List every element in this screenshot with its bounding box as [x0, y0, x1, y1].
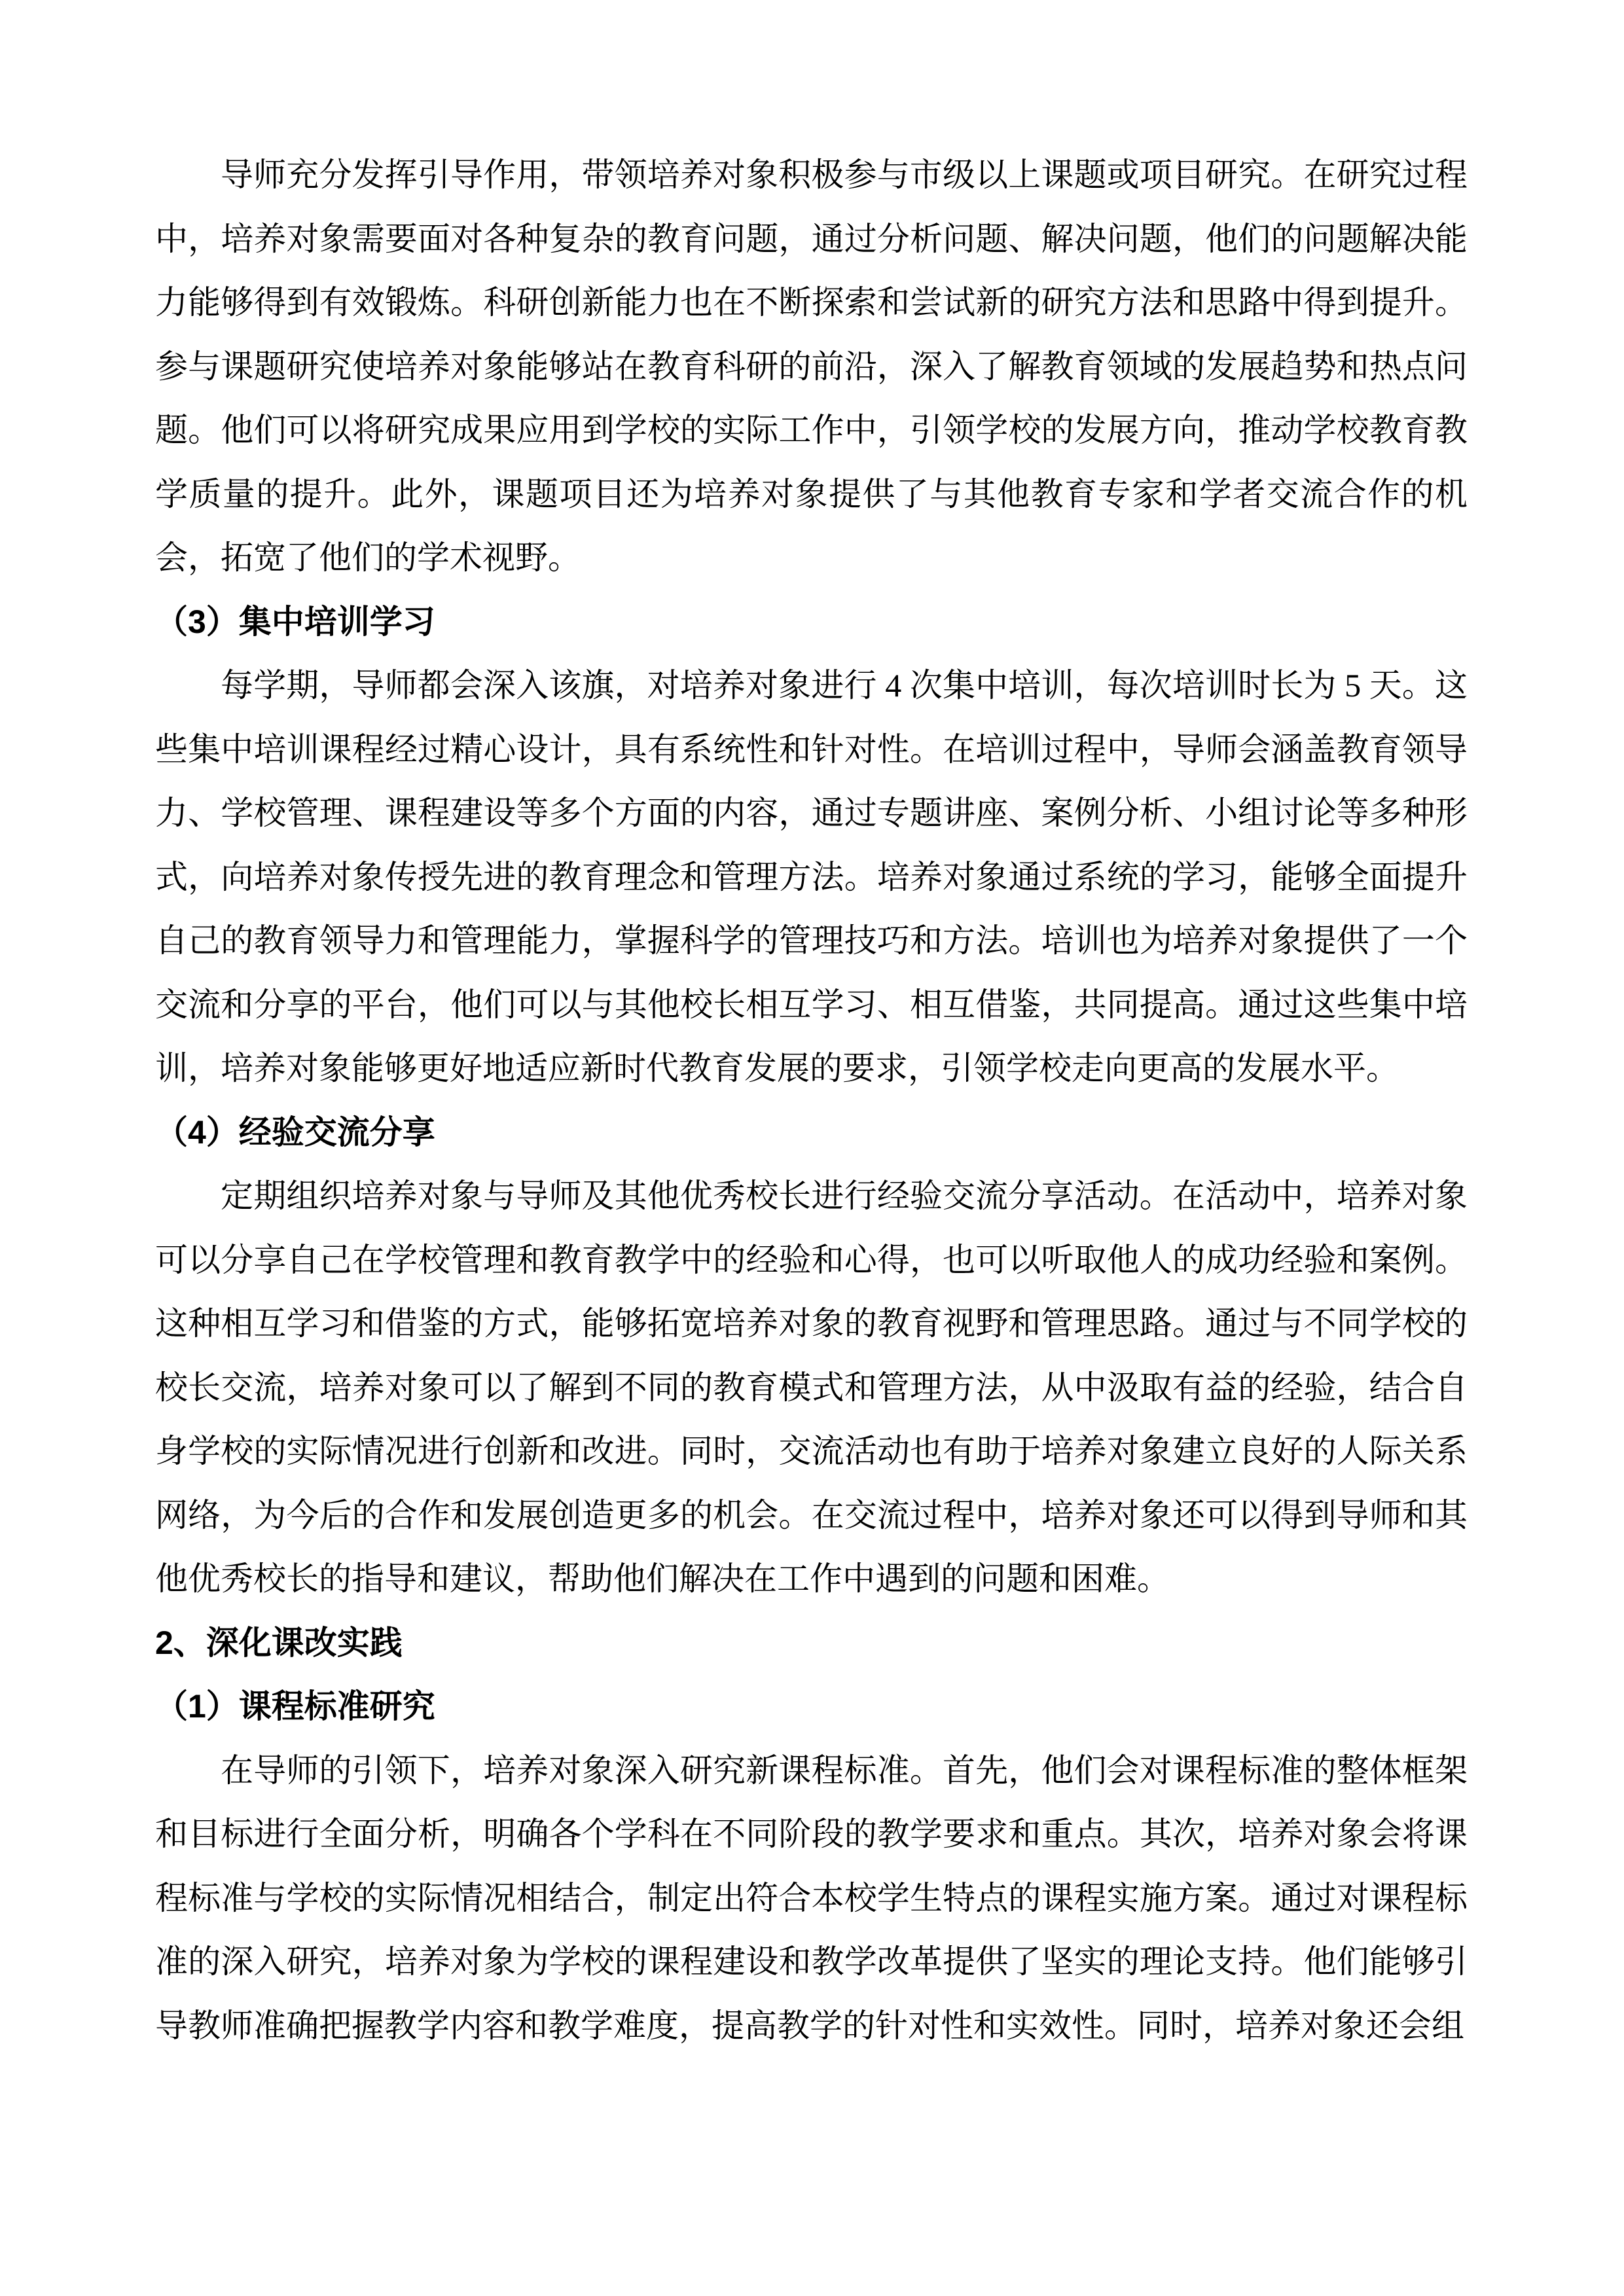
- page-text-block: 导师充分发挥引导作用，带领培养对象积极参与市级以上课题或项目研究。在研究过程中，…: [155, 143, 1468, 2058]
- paragraph-experience-sharing: 定期组织培养对象与导师及其他优秀校长进行经验交流分享活动。在活动中，培养对象可以…: [155, 1164, 1468, 1611]
- document-page: 导师充分发挥引导作用，带领培养对象积极参与市级以上课题或项目研究。在研究过程中，…: [0, 0, 1624, 2296]
- heading-experience-sharing: （4）经验交流分享: [155, 1101, 1468, 1165]
- paragraph-curriculum-standard-research: 在导师的引领下，培养对象深入研究新课程标准。首先，他们会对课程标准的整体框架和目…: [155, 1739, 1468, 2058]
- paragraph-topic-research: 导师充分发挥引导作用，带领培养对象积极参与市级以上课题或项目研究。在研究过程中，…: [155, 143, 1468, 590]
- heading-curriculum-standard-research: （1）课程标准研究: [155, 1675, 1468, 1739]
- heading-centralized-training: （3）集中培训学习: [155, 590, 1468, 655]
- heading-deepen-curriculum-reform: 2、深化课改实践: [155, 1611, 1468, 1676]
- paragraph-centralized-training: 每学期，导师都会深入该旗，对培养对象进行 4 次集中培训，每次培训时长为 5 天…: [155, 654, 1468, 1101]
